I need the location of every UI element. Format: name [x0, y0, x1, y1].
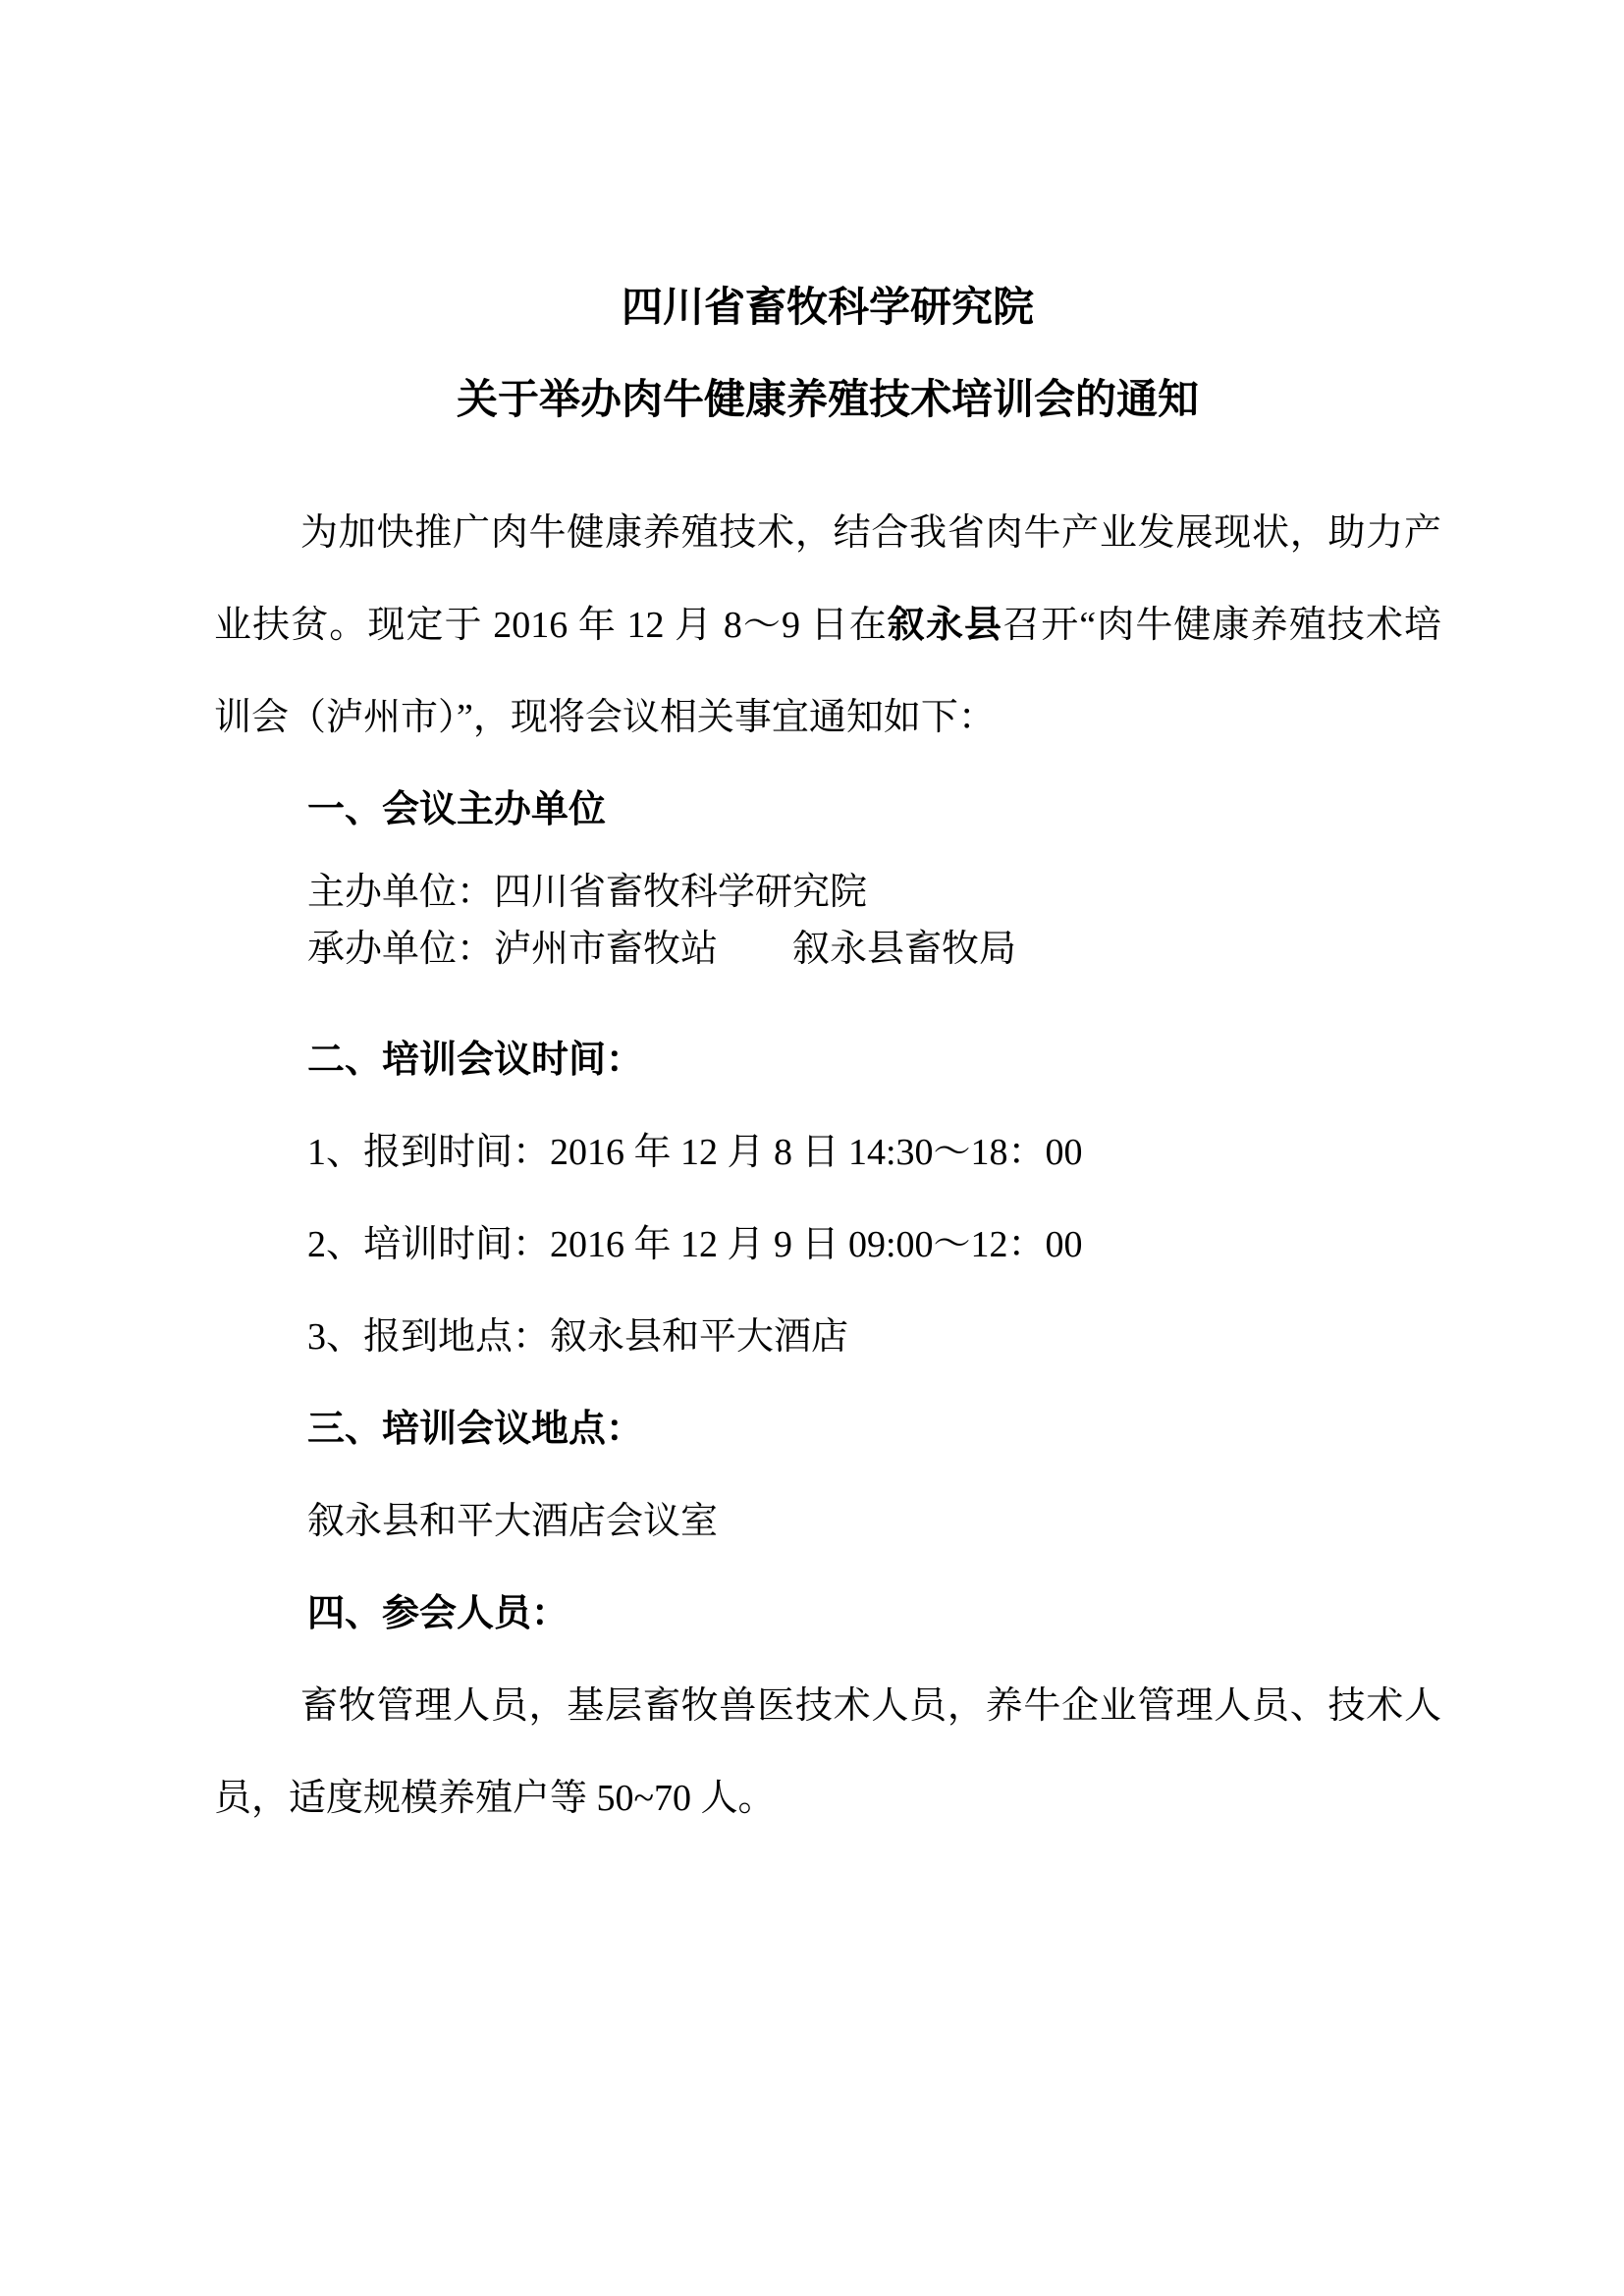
organizer-block: 主办单位：四川省畜牧科学研究院 承办单位：泸州市畜牧站 叙永县畜牧局	[214, 864, 1441, 978]
section2-heading: 二、培训会议时间：	[214, 1014, 1441, 1106]
doc-title-line1: 四川省畜牧科学研究院	[214, 262, 1441, 354]
document-page: 四川省畜牧科学研究院 关于举办肉牛健康养殖技术培训会的通知 为加快推广肉牛健康养…	[0, 0, 1624, 2296]
participants-paragraph: 畜牧管理人员，基层畜牧兽医技术人员，养牛企业管理人员、技术人员，适度规模养殖户等…	[214, 1660, 1441, 1844]
section4-heading: 四、参会人员：	[214, 1568, 1441, 1660]
intro-paragraph: 为加快推广肉牛健康养殖技术，结合我省肉牛产业发展现状，助力产业扶贫。现定于 20…	[214, 487, 1441, 764]
training-time-item: 2、培训时间：2016 年 12 月 9 日 09:00～12：00	[214, 1199, 1441, 1291]
venue-line: 叙永县和平大酒店会议室	[214, 1475, 1441, 1568]
section1-heading: 一、会议主办单位	[214, 764, 1441, 856]
section3-heading: 三、培训会议地点：	[214, 1383, 1441, 1475]
intro-county-bold: 叙永县	[888, 605, 1002, 646]
host-unit-line: 主办单位：四川省畜牧科学研究院	[214, 864, 1441, 921]
organizer-unit-line: 承办单位：泸州市畜牧站 叙永县畜牧局	[214, 921, 1441, 978]
doc-title-line2: 关于举办肉牛健康养殖技术培训会的通知	[214, 354, 1441, 447]
registration-time-item: 1、报到时间：2016 年 12 月 8 日 14:30～18：00	[214, 1106, 1441, 1199]
registration-place-item: 3、报到地点：叙永县和平大酒店	[214, 1291, 1441, 1383]
